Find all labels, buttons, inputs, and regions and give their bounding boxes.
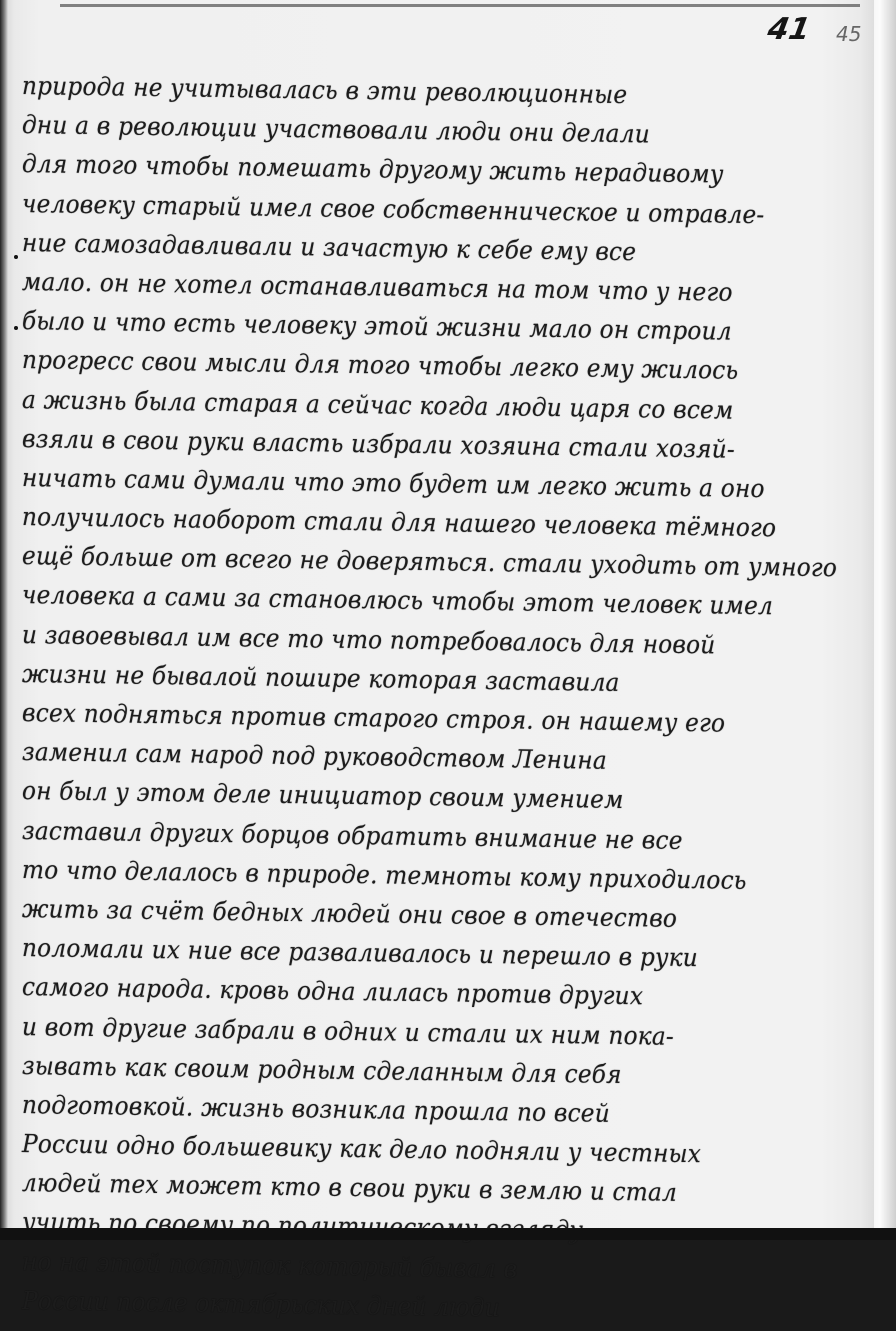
archive-page-number: 45 [836, 22, 861, 46]
binding-shadow [0, 0, 8, 1228]
handwritten-text-block: природа не учитывалась в эти революционн… [22, 66, 842, 1240]
page-number: 41 [765, 12, 813, 47]
margin-mark [14, 326, 18, 330]
scan-border [0, 1228, 896, 1240]
margin-mark [14, 255, 18, 259]
top-page-edge [60, 4, 860, 7]
manuscript-page: 41 45 природа не учитывалась в эти револ… [0, 0, 874, 1228]
page-stack-edge [874, 0, 896, 1240]
